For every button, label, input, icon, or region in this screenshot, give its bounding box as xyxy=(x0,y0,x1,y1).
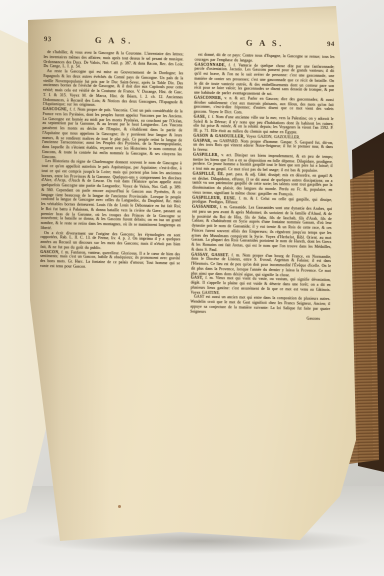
entry-paragraph: On a écrit diversement sur l'origine des… xyxy=(40,230,180,251)
entry-paragraph: GASCOGNE, f. f. Nom propre de païs. Vasc… xyxy=(42,107,183,162)
entry-headword: GASSANIDE, xyxy=(192,205,218,209)
entry-paragraph: de s'habiller, & vous avez la Gascogne &… xyxy=(43,50,183,71)
column-93: 93 G A S. de s'habiller, & vous avez la … xyxy=(36,34,184,498)
entry-paragraph: GASPILLÉ, ÉE. part. pass. & adj. Gâté, d… xyxy=(192,171,332,197)
text-fragment: uoi xyxy=(339,115,379,123)
book-photo-scene: e, &du P.mes,re dela F.antois,té.R. E.de… xyxy=(0,0,384,576)
column-94: G A S. 94 est donné, dit de ce pays: Con… xyxy=(187,37,335,501)
entry-headword: GASCON, xyxy=(40,249,59,253)
entry-paragraph: GASPILLER, v. act. Dissiper ses biens im… xyxy=(193,152,333,173)
column-93-header: 93 G A S. xyxy=(44,34,184,49)
entry-paragraph: GASCONNADE, f. f. Vanterie de quelque ch… xyxy=(194,62,335,98)
column-93-body: de s'habiller, & vous avez la Gascogne &… xyxy=(40,50,184,271)
entry-headword: GASPILLÉ, ÉE. xyxy=(193,171,225,176)
column-number-94: 94 xyxy=(327,41,335,48)
entry-paragraph: GASSANIDE, f. m. Gassanide. Les Gassanid… xyxy=(191,205,332,255)
catchword: Gascons xyxy=(190,315,330,322)
text-fragment: ois, xyxy=(340,86,380,94)
text-fragment: des xyxy=(339,108,379,116)
text-fragment: la F. xyxy=(340,72,380,80)
entry-paragraph: GASE, f. f. Nom d'une ancienne ville sur… xyxy=(193,114,333,135)
entry-headword: GASCONNER, xyxy=(194,95,222,99)
entry-headword: GASE, xyxy=(194,114,207,118)
text-fragment: re de xyxy=(340,65,380,73)
entry-headword: GASPILLER, xyxy=(193,152,219,156)
entry-headword: GAST, xyxy=(191,276,204,280)
entry-headword: GASSAY, GASSET. xyxy=(191,252,229,257)
entry-headword: GASPAR, xyxy=(193,138,212,142)
entry-paragraph: GASCON, f. m. Fanfaron, vanteur, querell… xyxy=(40,249,180,270)
column-94-header: G A S. 94 xyxy=(195,37,335,52)
text-fragment: du P. xyxy=(340,51,380,59)
text-fragment: mes, xyxy=(340,58,380,66)
running-head-left: G A S. xyxy=(44,34,184,46)
entry-headword: GASPILLEUR, EUSE. xyxy=(192,195,236,200)
text-fragment: ant xyxy=(340,79,380,87)
entry-paragraph: Les Historiens du règne de Charlemagne d… xyxy=(41,159,182,233)
text-fragment: R. E. xyxy=(340,101,380,109)
open-page: 93 G A S. de s'habiller, & vous avez la … xyxy=(0,0,384,576)
entry-paragraph: Au reste la Gascogne qui est mise au Gou… xyxy=(43,69,184,109)
running-head-right: G A S. xyxy=(195,37,335,49)
entry-paragraph: GASSAY, GASSET. f. m. Nom propre d'un bo… xyxy=(191,252,331,278)
column-94-body: est donné, dit de ce pays: Contre nous d… xyxy=(190,53,335,322)
printed-content: 93 G A S. de s'habiller, & vous avez la … xyxy=(36,34,336,519)
text-columns: 93 G A S. de s'habiller, & vous avez la … xyxy=(36,34,336,501)
entry-headword: GASCOGNE, xyxy=(43,107,69,111)
entry-paragraph: GASCONNER, v. n. & act. Parler en Gascon… xyxy=(194,95,334,116)
text-fragment: e, & xyxy=(340,44,380,52)
text-fragment: té. xyxy=(340,93,380,101)
entry-paragraph: GAST est aussi un ancien mot qui entre d… xyxy=(190,295,330,316)
entry-headword: GASCONNADE, xyxy=(194,62,225,67)
